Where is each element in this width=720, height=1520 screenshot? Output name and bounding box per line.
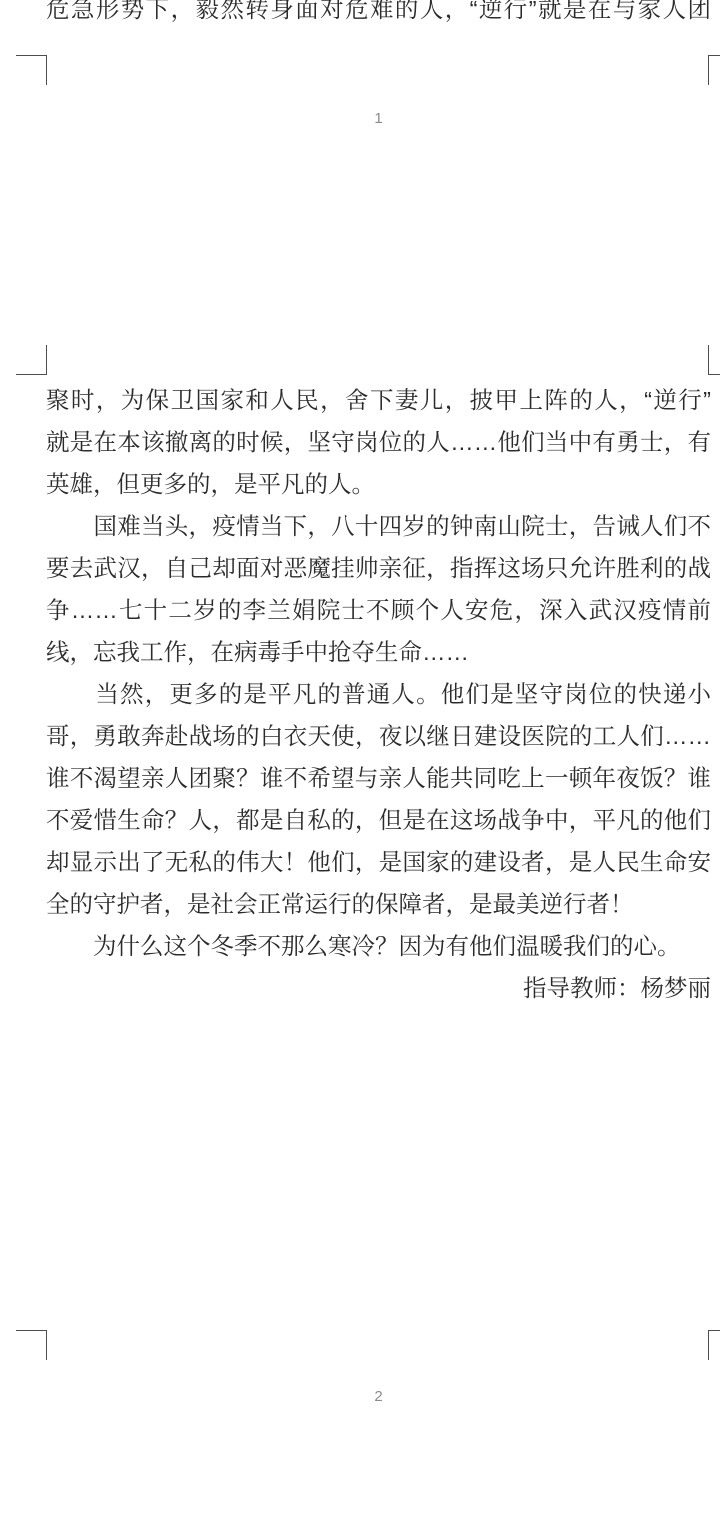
- text-line: 国难当头，疫情当下，八十四岁的钟南山院士，告诫人们不: [46, 505, 711, 547]
- document-viewer: 危急形势下，毅然转身面对危难的人，“逆行”就是在与家人团 1 聚时，为保卫国家和…: [0, 0, 720, 1520]
- text-line: 哥，勇敢奔赴战场的白衣天使，夜以继日建设医院的工人们……: [46, 715, 711, 757]
- page2-text-block: 聚时，为保卫国家和人民，舍下妻儿，披甲上阵的人，“逆行”就是在本该撤离的时候，坚…: [46, 379, 711, 1009]
- page1-tail-text-line: 危急形势下，毅然转身面对危难的人，“逆行”就是在与家人团: [46, 0, 711, 30]
- page2-top-left-crop-mark-icon: [16, 345, 47, 375]
- page1-bottom-right-crop-mark-icon: [708, 55, 720, 85]
- page1-bottom-left-crop-mark-icon: [16, 55, 47, 85]
- text-line: 却显示出了无私的伟大！他们，是国家的建设者，是人民生命安: [46, 841, 711, 883]
- text-line: 英雄，但更多的，是平凡的人。: [46, 463, 711, 505]
- text-line: 就是在本该撤离的时候，坚守岗位的人……他们当中有勇士，有: [46, 421, 711, 463]
- page2-bottom-left-crop-mark-icon: [16, 1330, 47, 1360]
- page2-bottom-right-crop-mark-icon: [708, 1330, 720, 1360]
- text-line: 谁不渴望亲人团聚？谁不希望与亲人能共同吃上一顿年夜饭？谁: [46, 757, 711, 799]
- page2-top-right-crop-mark-icon: [708, 345, 720, 375]
- text-line: 为什么这个冬季不那么寒冷？因为有他们温暖我们的心。: [46, 925, 711, 967]
- text-line: 要去武汉，自己却面对恶魔挂帅亲征，指挥这场只允许胜利的战: [46, 547, 711, 589]
- text-line: 聚时，为保卫国家和人民，舍下妻儿，披甲上阵的人，“逆行”: [46, 379, 711, 421]
- text-line: 争……七十二岁的李兰娟院士不顾个人安危，深入武汉疫情前: [46, 589, 711, 631]
- text-line: 不爱惜生命？人，都是自私的，但是在这场战争中，平凡的他们: [46, 799, 711, 841]
- text-line: 指导教师：杨梦丽: [46, 967, 711, 1009]
- page2-number: 2: [46, 1388, 711, 1406]
- text-line: 全的守护者，是社会正常运行的保障者，是最美逆行者！: [46, 883, 711, 925]
- text-line: 线，忘我工作，在病毒手中抢夺生命……: [46, 631, 711, 673]
- text-line: 当然，更多的是平凡的普通人。他们是坚守岗位的快递小: [46, 673, 711, 715]
- page1-number: 1: [46, 110, 711, 128]
